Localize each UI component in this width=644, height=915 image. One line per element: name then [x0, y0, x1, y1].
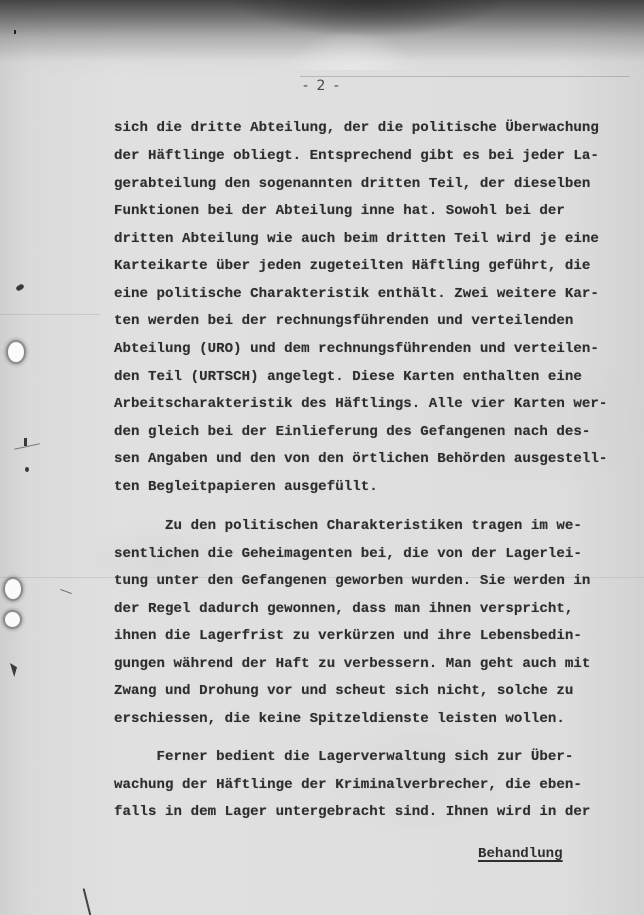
text-line: dritten Abteilung wie auch beim dritten …: [114, 231, 599, 247]
ink-mark: [14, 30, 16, 34]
page-number: - 2 -: [0, 78, 644, 94]
text-line: der Regel dadurch gewonnen, dass man ihn…: [114, 601, 573, 617]
pen-stroke: [83, 888, 92, 915]
text-line: Zu den politischen Charakteristiken trag…: [114, 518, 582, 534]
ink-mark: [10, 663, 17, 677]
text-line: Ferner bedient die Lagerverwaltung sich …: [114, 749, 573, 765]
text-line: ihnen die Lagerfrist zu verkürzen und ih…: [114, 628, 582, 644]
text-line: den Teil (URTSCH) angelegt. Diese Karten…: [114, 369, 582, 385]
ink-mark: [15, 283, 24, 291]
text-line: gungen während der Haft zu verbessern. M…: [114, 656, 590, 672]
text-line: Zwang und Drohung vor und scheut sich ni…: [114, 683, 573, 699]
scan-edge-highlight: [250, 0, 450, 70]
text-line: ten Begleitpapieren ausgefüllt.: [114, 479, 378, 495]
ink-mark: [14, 443, 40, 449]
text-line: sentlichen die Geheimagenten bei, die vo…: [114, 546, 582, 562]
scan-artifact-line: [0, 314, 100, 315]
punch-hole: [5, 612, 20, 627]
ink-mark: [25, 467, 29, 472]
text-line: gerabteilung den sogenannten dritten Tei…: [114, 176, 590, 192]
text-line: Funktionen bei der Abteilung inne hat. S…: [114, 203, 565, 219]
punch-hole: [5, 579, 21, 599]
text-line: Arbeitscharakteristik des Häftlings. All…: [114, 396, 607, 412]
text-line: Abteilung (URO) und dem rechnungsführend…: [114, 341, 599, 357]
text-line: sich die dritte Abteilung, der die polit…: [114, 120, 599, 136]
ink-mark: [60, 589, 72, 594]
text-line: der Häftlinge obliegt. Entsprechend gibt…: [114, 148, 599, 164]
text-line: ten werden bei der rechnungsführenden un…: [114, 313, 573, 329]
catchword: Behandlung: [478, 846, 563, 862]
text-line: den gleich bei der Einlieferung des Gefa…: [114, 424, 590, 440]
text-line: erschiessen, die keine Spitzeldienste le…: [114, 711, 565, 727]
ink-mark: [24, 438, 27, 446]
text-line: wachung der Häftlinge der Kriminalverbre…: [114, 777, 582, 793]
text-line: falls in dem Lager untergebracht sind. I…: [114, 804, 590, 820]
scan-artifact-line: [300, 76, 630, 77]
text-line: tung unter den Gefangenen geworben wurde…: [114, 573, 590, 589]
scanned-document-page: - 2 - sich die dritte Abteilung, der die…: [0, 0, 644, 915]
punch-hole: [8, 342, 24, 362]
text-line: sen Angaben und den von den örtlichen Be…: [114, 451, 607, 467]
text-line: Karteikarte über jeden zugeteilten Häftl…: [114, 258, 590, 274]
text-line: eine politische Charakteristik enthält. …: [114, 286, 599, 302]
